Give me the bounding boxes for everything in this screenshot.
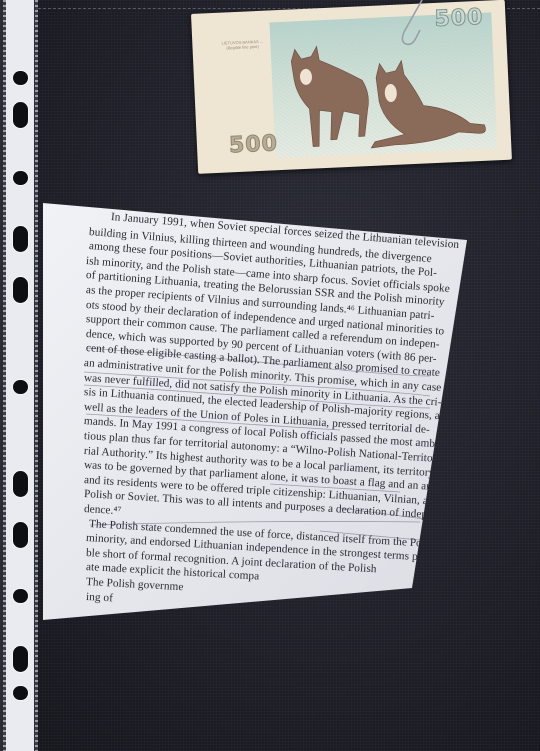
excerpt-line: ing of xyxy=(86,591,114,604)
book-excerpt: In January 1991, when Soviet special for… xyxy=(0,0,540,751)
excerpt-line: The Polish governme xyxy=(86,576,184,593)
excerpt-line: dence.⁴⁷ xyxy=(84,503,122,517)
